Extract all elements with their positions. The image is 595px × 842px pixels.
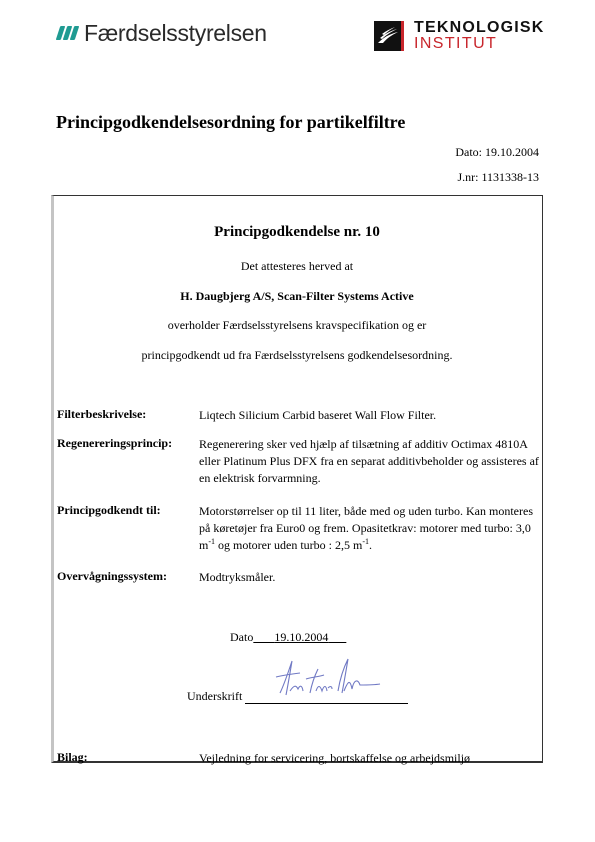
logo-text-institut: INSTITUT [414, 36, 545, 52]
faerdselsstyrelsen-stripes-icon [56, 26, 78, 40]
superscript-2: -1 [362, 537, 369, 546]
teknologisk-bird-icon [374, 21, 404, 51]
faerdselsstyrelsen-logo: Færdselsstyrelsen [56, 20, 267, 46]
journal-number: J.nr: 1131338-13 [457, 170, 539, 185]
signature-label: Underskrift [187, 689, 242, 704]
attestation-intro: Det attesteres herved at [51, 259, 543, 274]
approved-for-label: Principgodkendt til: [57, 503, 161, 518]
signature-scribble [272, 655, 382, 700]
approved-for-value: Motorstørrelser op til 11 liter, både me… [199, 503, 544, 554]
sign-date-label: Dato [230, 630, 253, 644]
logo-text-teknologisk: TEKNOLOGISK [414, 20, 545, 36]
teknologisk-institut-logo: TEKNOLOGISK INSTITUT [374, 20, 545, 52]
filter-description-label: Filterbeskrivelse: [57, 407, 146, 422]
faerdselsstyrelsen-name: Færdselsstyrelsen [84, 20, 267, 47]
attachment-label: Bilag: [57, 750, 88, 765]
superscript-1: -1 [208, 537, 215, 546]
monitoring-system-label: Overvågningssystem: [57, 569, 167, 584]
sign-date-value: 19.10.2004 [274, 630, 328, 644]
monitoring-system-value: Modtryksmåler. [199, 569, 544, 586]
attachment-value: Vejledning for servicering, bortskaffels… [199, 750, 544, 767]
document-date: Dato: 19.10.2004 [455, 145, 539, 160]
sign-date-pad-right [328, 630, 346, 644]
sign-date-pad-left [253, 630, 274, 644]
signature-line [245, 703, 408, 704]
approval-statement: principgodkendt ud fra Færdselsstyrelsen… [51, 348, 543, 363]
sign-date: Dato 19.10.2004 [230, 630, 346, 645]
compliance-statement: overholder Færdselsstyrelsens kravspecif… [51, 318, 543, 333]
regeneration-principle-label: Regenereringsprincip: [57, 436, 172, 451]
company-name: H. Daugbjerg A/S, Scan-Filter Systems Ac… [51, 289, 543, 304]
certificate-title: Principgodkendelse nr. 10 [51, 224, 543, 241]
approved-for-text-c: . [369, 538, 372, 552]
regeneration-principle-value: Regenerering sker ved hjælp af tilsætnin… [199, 436, 544, 487]
document-title: Principgodkendelsesordning for partikelf… [56, 112, 405, 133]
approved-for-text-b: og motorer uden turbo : 2,5 m [215, 538, 362, 552]
filter-description-value: Liqtech Silicium Carbid baseret Wall Flo… [199, 407, 544, 424]
